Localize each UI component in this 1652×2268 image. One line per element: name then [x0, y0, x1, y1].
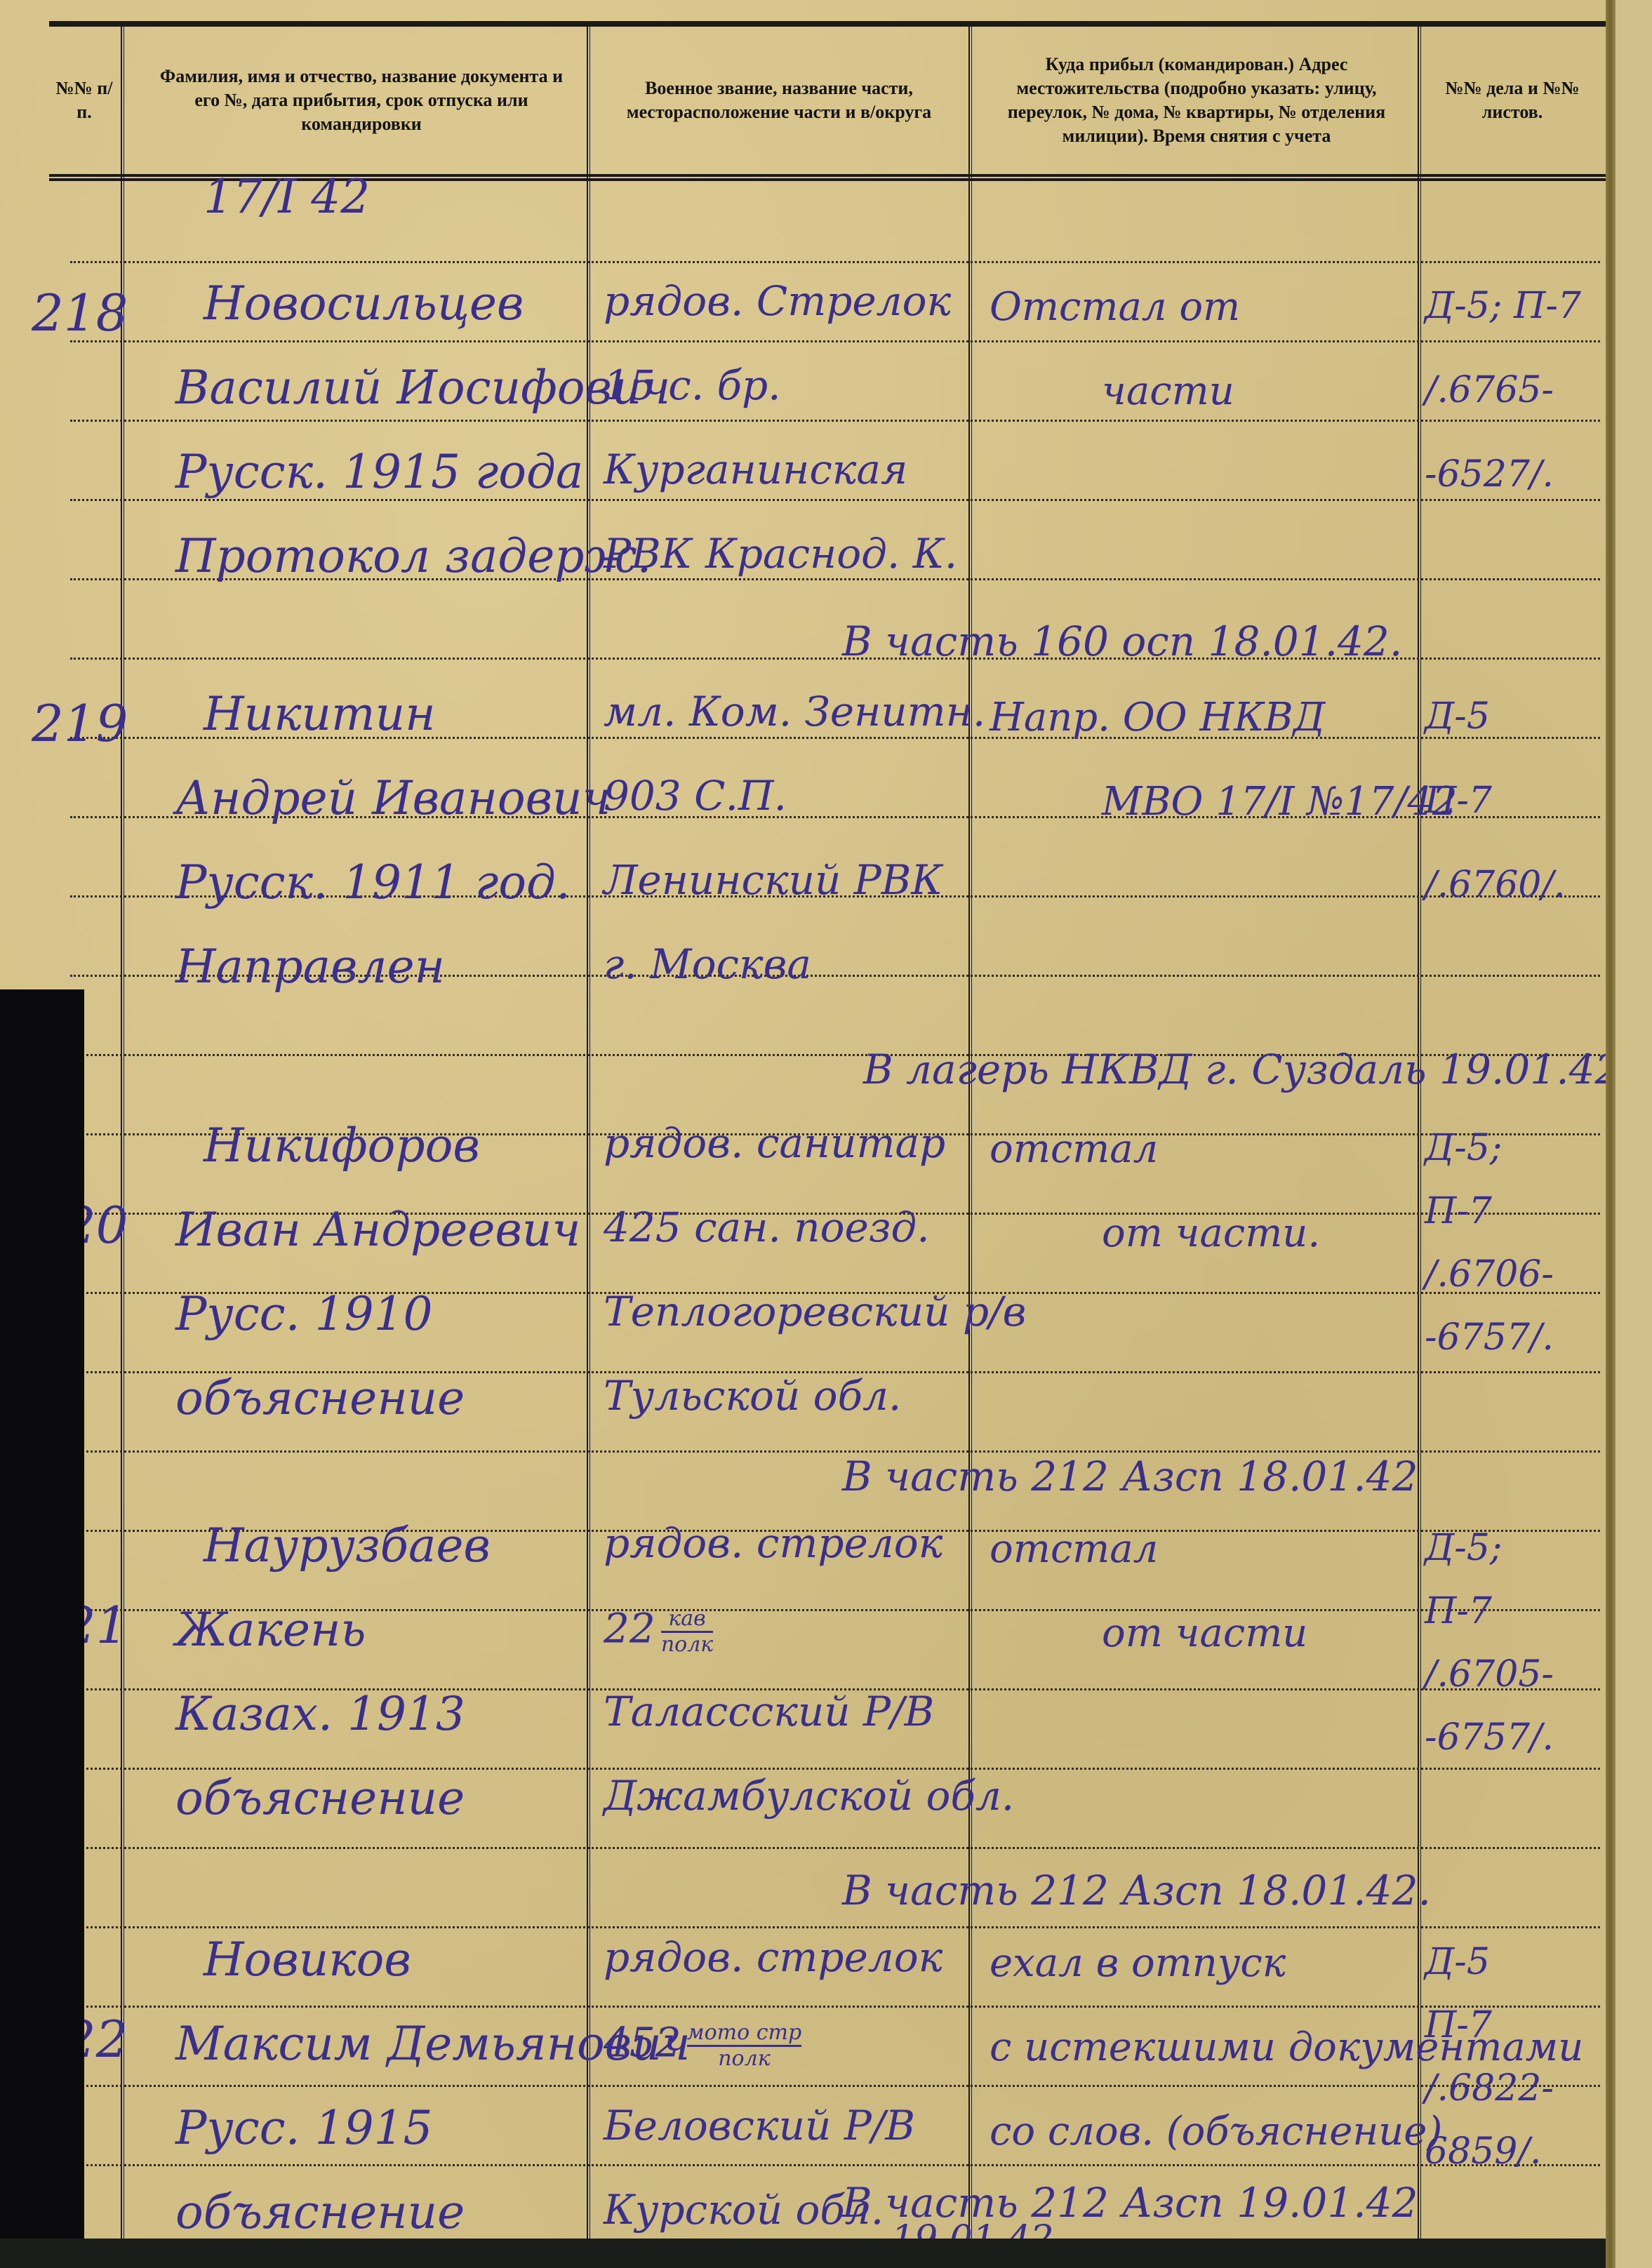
entry-name-line: Протокол задерж. [175, 533, 652, 580]
entry-rank-line: 15 с. бр. [604, 365, 781, 406]
entry-rank-line: рядов. стрелок [604, 1937, 942, 1977]
entry-destination-line: отстал [990, 1130, 1158, 1169]
entry-outcome: В часть 212 Азсп 19.01.42 [842, 2182, 1418, 2223]
header-number: №№ п/п. [49, 34, 119, 167]
entry-name-line: Казах. 1913 [175, 1691, 465, 1737]
entry-name-line: Русск. 1911 год. [175, 860, 571, 906]
entry-rank-line: г. Москва [604, 944, 811, 985]
date-heading: 17/I 42 [204, 174, 370, 220]
entry-file-ref: /.6760/. [1425, 867, 1565, 903]
entry-file-ref: П-7 [1425, 2007, 1492, 2043]
entry-rank-line: Ленинский РВК [604, 860, 942, 900]
entry-file-ref: /.6706- [1425, 1256, 1554, 1293]
entry-name-line: объяснение [175, 2189, 465, 2236]
entry-name-line: Иван Андреевич [175, 1207, 580, 1253]
entry-destination-line: отстал [990, 1530, 1158, 1569]
adjacent-page [1616, 0, 1652, 2268]
top-rule [49, 21, 1606, 27]
ruled-line [70, 1847, 1600, 1849]
entry-name-line: Василий Иосифович [175, 365, 670, 411]
entry-rank-line: Беловский Р/В [604, 2105, 915, 2146]
entry-file-ref: Д-5; П-7 [1425, 288, 1581, 324]
entry-destination-line: МВО 17/I №17/42 [1102, 782, 1458, 822]
entry-file-ref: /.6705- [1425, 1656, 1554, 1693]
header-destination: Куда прибыл (командирован.) Адрес местож… [982, 34, 1411, 167]
entry-file-ref: Д-5 [1425, 1944, 1490, 1980]
entry-name-line: Новиков [204, 1937, 411, 1983]
ruled-line [70, 2006, 1600, 2008]
entry-file-ref: П-7 [1425, 1593, 1492, 1629]
entry-rank-line: Джамбулской обл. [604, 1775, 1014, 1816]
entry-file-ref: Д-5 [1425, 698, 1490, 735]
entry-destination-line: Напр. ОО НКВД [990, 698, 1325, 738]
entry-rank-line: Тульской обл. [604, 1375, 901, 1416]
entry-file-ref: /.6765- [1425, 372, 1554, 408]
entry-rank-line: мл. Ком. Зенитн. [604, 691, 985, 732]
ruled-line [70, 2085, 1600, 2087]
entry-name-line: Наурузбаев [204, 1523, 491, 1569]
entry-rank-line: Теплогоревский р/в [604, 1291, 1026, 1332]
entry-rank-line: рядов. стрелок [604, 1523, 942, 1563]
entry-file-ref: Д-5; [1425, 1130, 1502, 1166]
entry-file-ref: Д-5; [1425, 1530, 1502, 1566]
ruled-line [70, 2164, 1600, 2166]
entry-rank-line: Курганинская [604, 449, 907, 490]
background-edge [0, 2239, 1614, 2268]
ruled-line [70, 340, 1600, 342]
entry-name-line: объяснение [175, 1375, 465, 1422]
entry-rank-line: РВК Краснод. К. [604, 533, 957, 574]
entry-outcome: В часть 212 Азсп 18.01.42. [842, 1870, 1431, 1911]
ruled-line [70, 1768, 1600, 1770]
entry-destination-line: ехал в отпуск [990, 1944, 1286, 1983]
entry-rank-line: 425 сан. поезд. [604, 1207, 930, 1248]
entry-name-line: Андрей Иванович [175, 775, 611, 822]
entry-rank-line: 22кавполк [604, 1607, 713, 1657]
entry-destination-line: от части [1102, 1614, 1307, 1653]
entry-destination-line: от части. [1102, 1214, 1320, 1253]
header-name: Фамилия, имя и отчество, название докуме… [151, 34, 572, 167]
entry-name-line: Направлен [175, 944, 445, 990]
unit-fraction: мото стрполк [687, 2021, 801, 2071]
entry-number: 218 [32, 288, 128, 338]
entry-file-ref: -6757/. [1425, 1319, 1554, 1356]
ruled-line [70, 1926, 1600, 1928]
entry-name-line: объяснение [175, 1775, 465, 1822]
entry-rank-line: 903 С.П. [604, 775, 787, 816]
entry-outcome: В лагерь НКВД г. Суздаль 19.01.42 [863, 1049, 1620, 1090]
background-edge [0, 989, 84, 2268]
entry-destination-line: с истекшими документами [990, 2028, 1583, 2067]
entry-file-ref: П-7 [1425, 1193, 1492, 1229]
entry-destination-line: Отстал от [990, 288, 1240, 327]
entry-name-line: Жакень [175, 1607, 366, 1653]
header-rank: Военное звание, название части, месторас… [604, 34, 954, 167]
entry-rank-line: 452мото стрполк [604, 2021, 801, 2071]
entry-rank-line: Талассский Р/В [604, 1691, 934, 1732]
header-file: №№ дела и №№ листов. [1425, 34, 1600, 167]
entry-name-line: Новосильцев [204, 281, 524, 327]
entry-file-ref: -6527/. [1425, 456, 1554, 493]
entry-outcome: В часть 160 осп 18.01.42. [842, 621, 1402, 662]
ruled-line [70, 420, 1600, 422]
entry-file-ref: 6859/. [1425, 2133, 1541, 2170]
entry-number: 219 [32, 698, 128, 749]
entry-name-line: Никифоров [204, 1123, 480, 1169]
entry-file-ref: -6757/. [1425, 1719, 1554, 1756]
entry-name-line: Русс. 1915 [175, 2105, 433, 2152]
entry-file-ref: /.6822- [1425, 2070, 1554, 2107]
entry-file-ref: П-7 [1425, 782, 1492, 819]
entry-name-line: Никитин [204, 691, 436, 738]
entry-name-line: Русс. 1910 [175, 1291, 433, 1338]
entry-rank-line: рядов. Стрелок [604, 281, 951, 321]
entry-destination-line: части [1102, 372, 1234, 411]
ruled-line [70, 261, 1600, 263]
page-fold [1606, 0, 1616, 2268]
entry-rank-line: рядов. санитар [604, 1123, 945, 1163]
register-page: №№ п/п. Фамилия, имя и отчество, названи… [0, 0, 1614, 2268]
entry-name-line: Русск. 1915 года [175, 449, 583, 495]
entry-outcome: В часть 212 Азсп 18.01.42 [842, 1456, 1418, 1497]
entry-destination-line: со слов. (объяснение) [990, 2112, 1442, 2152]
ruled-line [70, 499, 1600, 501]
unit-fraction: кавполк [661, 1607, 713, 1657]
